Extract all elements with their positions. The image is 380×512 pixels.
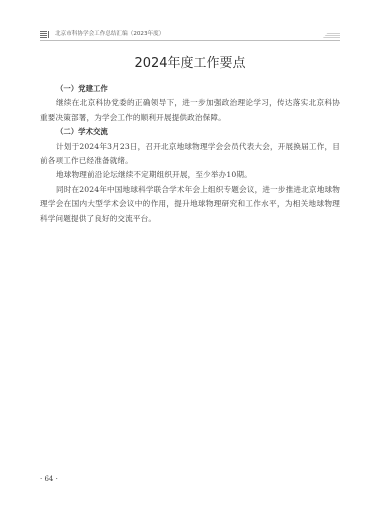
- header-divider-mark: [48, 31, 49, 38]
- book-icon: [40, 31, 47, 38]
- document-body: （一）党建工作 继续在北京科协党委的正确领导下，进一步加强政治理论学习，传达落实…: [40, 82, 340, 226]
- header-tab-decoration: [322, 33, 340, 39]
- paragraph: 计划于2024年3月23日，召开北京地球物理学会会员代表大会，开展换届工作，目前…: [40, 140, 340, 169]
- page-number: · 64 ·: [40, 474, 58, 484]
- paragraph: 继续在北京科协党委的正确领导下，进一步加强政治理论学习，传达落实北京科协重要决策…: [40, 96, 340, 125]
- running-header: 北京市科协学会工作总结汇编（2023年度）: [40, 30, 340, 41]
- section-heading-academic-exchange: （二）学术交流: [40, 125, 340, 139]
- paragraph: 地球物理前沿论坛继续不定期组织开展，至少举办10期。: [40, 168, 340, 182]
- page-title: 2024年度工作要点: [0, 55, 380, 73]
- running-header-title: 北京市科协学会工作总结汇编（2023年度）: [55, 30, 164, 39]
- paragraph: 同时在2024年中国地球科学联合学术年会上组织专题会议，进一步推进北京地球物理学…: [40, 183, 340, 226]
- section-heading-party-building: （一）党建工作: [40, 82, 340, 96]
